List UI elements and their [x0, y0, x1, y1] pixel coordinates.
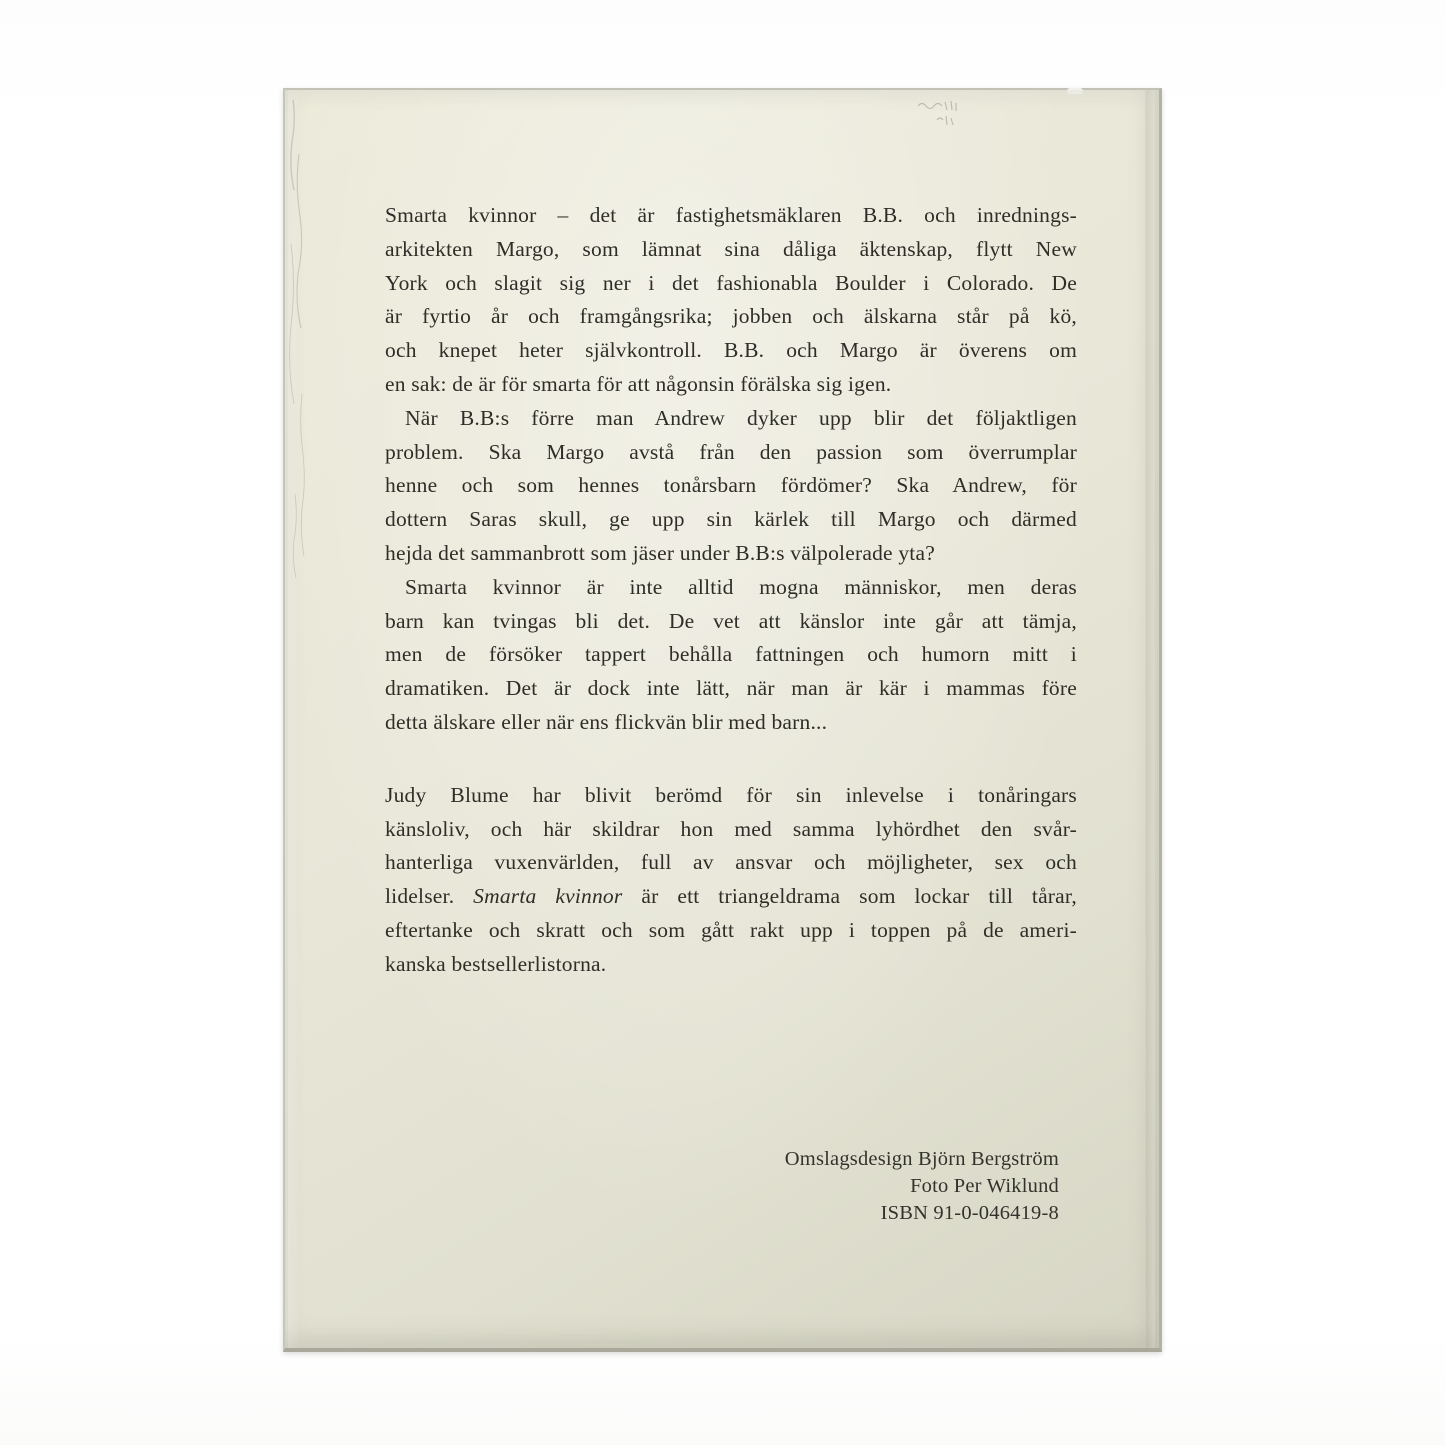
body-line: och knepet heter självkontroll. B.B. och…	[385, 334, 1077, 368]
body-line: dramatiken. Det är dock inte lätt, när m…	[385, 672, 1077, 706]
body-line: barn kan tvingas bli det. De vet att kän…	[385, 605, 1077, 639]
body-line: hanterliga vuxenvärlden, full av ansvar …	[385, 846, 1077, 880]
body-line: kanska bestsellerlistorna.	[385, 948, 1077, 982]
body-line: problem. Ska Margo avstå från den passio…	[385, 436, 1077, 470]
credit-line-design: Omslagsdesign Björn Bergström	[385, 1146, 1059, 1173]
body-line: är fyrtio år och framgångsrika; jobben o…	[385, 300, 1077, 334]
top-edge-blemish	[1067, 88, 1083, 94]
credit-line-isbn: ISBN 91-0-046419-8	[385, 1200, 1059, 1227]
paragraph: Judy Blume har blivit berömd för sin inl…	[385, 779, 1077, 982]
body-line: en sak: de är för smarta för att någonsi…	[385, 368, 1077, 402]
body-line: dottern Saras skull, ge upp sin kärlek t…	[385, 503, 1077, 537]
jacket-fold-right	[1145, 90, 1155, 1348]
body-line: Smarta kvinnor är inte alltid mogna männ…	[385, 571, 1077, 605]
pencil-inscription	[915, 98, 975, 134]
credits-block: Omslagsdesign Björn Bergström Foto Per W…	[385, 1146, 1059, 1227]
book-cover: Smarta kvinnor – det är fastighetsmäklar…	[283, 88, 1162, 1352]
body-line: arkitekten Margo, som lämnat sina dåliga…	[385, 233, 1077, 267]
paragraph: Smarta kvinnor är inte alltid mogna männ…	[385, 571, 1077, 740]
body-line: hejda det sammanbrott som jäser under B.…	[385, 537, 1077, 571]
body-line: lidelser. Smarta kvinnor är ett triangel…	[385, 880, 1077, 914]
credit-line-photo: Foto Per Wiklund	[385, 1173, 1059, 1200]
body-line: känsloliv, och här skildrar hon med samm…	[385, 813, 1077, 847]
paragraph: Smarta kvinnor – det är fastighetsmäklar…	[385, 199, 1077, 402]
body-line: York och slagit sig ner i det fashionabl…	[385, 267, 1077, 301]
body-line: detta älskare eller när ens flickvän bli…	[385, 706, 1077, 740]
body-line: När B.B:s förre man Andrew dyker upp bli…	[385, 402, 1077, 436]
blurb-text: Smarta kvinnor – det är fastighetsmäklar…	[385, 199, 1077, 982]
body-line: henne och som hennes tonårsbarn fördömer…	[385, 469, 1077, 503]
body-line: Smarta kvinnor – det är fastighetsmäklar…	[385, 199, 1077, 233]
jacket-spine-left	[288, 90, 300, 1348]
body-line: Judy Blume har blivit berömd för sin inl…	[385, 779, 1077, 813]
body-line: men de försöker tappert behålla fattning…	[385, 638, 1077, 672]
body-line: eftertanke och skratt och som gått rakt …	[385, 914, 1077, 948]
paragraph: När B.B:s förre man Andrew dyker upp bli…	[385, 402, 1077, 571]
